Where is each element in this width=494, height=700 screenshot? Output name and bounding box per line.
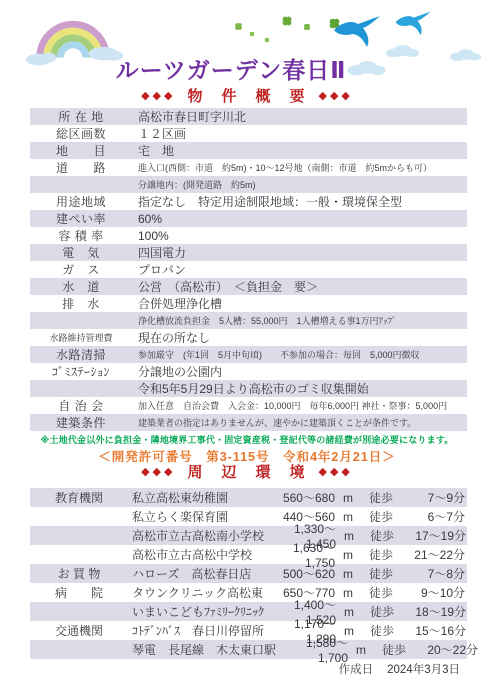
environment-walk-label: 徒歩: [361, 508, 401, 525]
overview-row-label: 建築条件: [30, 414, 132, 431]
environment-walk-time: 7～8分: [401, 565, 467, 582]
overview-row: 建ぺい率60%: [30, 210, 467, 227]
swallow-icon: [332, 14, 382, 48]
clover-icon: [328, 17, 341, 30]
environment-row: 私立らく楽保育園440～560m徒歩6～7分: [30, 507, 467, 526]
created-date: 作成日2024年3月3日: [339, 661, 460, 677]
diamonds-right-icon: ◆◆◆: [319, 467, 353, 478]
overview-row-value: 浄化槽放流負担金 5人槽：55,000円 1人槽増える事1万円ｱｯﾌﾟ: [132, 314, 467, 327]
overview-row-value: プロパン: [132, 261, 467, 278]
overview-row-label: 所 在 地: [30, 108, 132, 125]
overview-row-label: 道 路: [30, 159, 132, 176]
overview-row-value: 分譲地内：(開発道路 約5m): [132, 178, 467, 191]
page-title: ルーツガーデン春日Ⅱ: [0, 52, 478, 85]
environment-unit: m: [348, 643, 374, 657]
environment-row: 交通機関ｺﾄﾃﾞﾝﾊﾞｽ 春日川停留所1,170～1,290m徒歩15～16分: [30, 621, 467, 640]
property-overview-table: 所 在 地高松市春日町字川北総区画数１２区画地 目宅 地道 路進入口(西側：市道…: [30, 108, 467, 431]
environment-walk-label: 徒歩: [361, 584, 401, 601]
environment-walk-label: 徒歩: [361, 565, 401, 582]
environment-place-name: ｺﾄﾃﾞﾝﾊﾞｽ 春日川停留所: [128, 622, 264, 639]
overview-row: ガ スプロパン: [30, 261, 467, 278]
clover-icon: [249, 31, 255, 37]
overview-row: 建築条件建築業者の指定はありませんが、速やかに建築頂くことが条件です。: [30, 414, 467, 431]
created-date-value: 2024年3月3日: [387, 664, 460, 676]
environment-row: 高松市立古高松南小学校1,330～1,450m徒歩17～19分: [30, 526, 467, 545]
environment-walk-label: 徒歩: [362, 603, 402, 620]
overview-row-label: 排 水: [30, 295, 132, 312]
environment-walk-time: 15～16分: [402, 622, 468, 639]
environment-walk-time: 6～7分: [401, 508, 467, 525]
environment-row: いまいこどもﾌｧﾐﾘｰｸﾘﾆｯｸ1,400～1,520m徒歩18～19分: [30, 602, 467, 621]
overview-row-value: 高松市春日町字川北: [132, 108, 467, 125]
environment-place-name: 私立らく楽保育園: [128, 508, 263, 525]
overview-row-label: 建ぺい率: [30, 210, 132, 227]
environment-row: 高松市立古高松中学校1,630～1,750m徒歩21～22分: [30, 545, 467, 564]
environment-unit: m: [335, 491, 361, 505]
overview-row-label: 地 目: [30, 142, 132, 159]
diamonds-right-icon: ◆◆◆: [319, 91, 353, 102]
environment-table: 教育機関私立高松東幼稚園560～680m徒歩7～9分私立らく楽保育園440～56…: [30, 488, 467, 659]
overview-row: 排 水合併処理浄化槽: [30, 295, 467, 312]
overview-row-label: ガ ス: [30, 261, 132, 278]
overview-row-label: 容 積 率: [30, 227, 132, 244]
overview-row: 用途地域指定なし 特定用途制限地域：一般・環境保全型: [30, 193, 467, 210]
environment-walk-label: 徒歩: [362, 622, 402, 639]
environment-walk-label: 徒歩: [361, 546, 401, 563]
overview-row-label: 電 気: [30, 244, 132, 261]
clover-icon: [264, 37, 270, 43]
overview-row-value: 100%: [132, 229, 467, 243]
overview-row-value: 60%: [132, 212, 467, 226]
overview-row-label: 自 治 会: [30, 397, 132, 414]
overview-row: 水 道公営 （高松市） ＜負担金 要＞: [30, 278, 467, 295]
environment-row: 琴電 長尾線 木太東口駅1,580～1,700m徒歩20～22分: [30, 640, 467, 659]
environment-unit: m: [336, 529, 362, 543]
development-permit-line: ＜開発許可番号 第3-115号 令和4年2月21日＞: [0, 447, 494, 465]
overview-row: 水路維持管理費現在の所なし: [30, 329, 467, 346]
overview-row-value: 公営 （高松市） ＜負担金 要＞: [132, 278, 467, 295]
environment-distance: 560～680: [263, 489, 335, 506]
overview-row-value: １２区画: [132, 125, 467, 142]
environment-place-name: 私立高松東幼稚園: [128, 489, 263, 506]
overview-row: 地 目宅 地: [30, 142, 467, 159]
overview-row-value: 参加厳守 (年1回 5月中旬頃) 不参加の場合：毎回 5,000円徴収: [132, 348, 467, 361]
overview-row-value: 宅 地: [132, 142, 467, 159]
overview-row-value: 分譲地の公園内: [132, 363, 467, 380]
overview-row-value: 指定なし 特定用途制限地域：一般・環境保全型: [132, 193, 467, 210]
overview-row-label: 水路清掃: [30, 346, 132, 363]
environment-unit: m: [335, 567, 361, 581]
overview-row-value: 合併処理浄化槽: [132, 295, 467, 312]
environment-row: 病 院タウンクリニック高松東650～770m徒歩9～10分: [30, 583, 467, 602]
environment-walk-time: 7～9分: [401, 489, 467, 506]
environment-category: 病 院: [30, 584, 128, 601]
overview-row-label: 総区画数: [30, 125, 132, 142]
environment-heading-text: 周 辺 環 境: [187, 465, 306, 480]
overview-row: 道 路進入口(西側：市道 約5m)・10～12号地（南側：市道 約5mからも可）: [30, 159, 467, 176]
swallow-icon: [394, 10, 432, 36]
clover-icon: [303, 23, 311, 31]
overview-row-value: 建築業者の指定はありませんが、速やかに建築頂くことが条件です。: [132, 416, 467, 429]
environment-category: お 買 物: [30, 565, 128, 582]
environment-category: 交通機関: [30, 622, 128, 639]
environment-place-name: タウンクリニック高松東: [128, 584, 263, 601]
overview-row-value: 加入任意 自治会費 入会金：10,000円 毎年6,000円 神社・祭事：5,0…: [132, 399, 467, 412]
overview-row: ｺﾞﾐｽﾃｰｼｮﾝ分譲地の公園内: [30, 363, 467, 380]
overview-row: 浄化槽放流負担金 5人槽：55,000円 1人槽増える事1万円ｱｯﾌﾟ: [30, 312, 467, 329]
overview-row-value: 四国電力: [132, 244, 467, 261]
overview-row: 電 気四国電力: [30, 244, 467, 261]
overview-row: 水路清掃参加厳守 (年1回 5月中旬頃) 不参加の場合：毎回 5,000円徴収: [30, 346, 467, 363]
environment-walk-label: 徒歩: [374, 641, 414, 658]
overview-heading-text: 物 件 概 要: [187, 89, 306, 104]
overview-row: 所 在 地高松市春日町字川北: [30, 108, 467, 125]
diamonds-left-icon: ◆◆◆: [141, 91, 175, 102]
clover-icon: [281, 15, 293, 27]
environment-distance: 1,580～1,700: [276, 634, 348, 665]
environment-place-name: 高松市立古高松中学校: [128, 546, 263, 563]
clover-icon: [234, 22, 243, 31]
overview-section-heading: ◆◆◆ 物 件 概 要 ◆◆◆: [0, 89, 494, 104]
environment-section-heading: ◆◆◆ 周 辺 環 境 ◆◆◆: [0, 465, 494, 480]
environment-walk-time: 17～19分: [402, 527, 468, 544]
overview-row-label: 水路維持管理費: [30, 331, 132, 344]
overview-row: 自 治 会加入任意 自治会費 入会金：10,000円 毎年6,000円 神社・祭…: [30, 397, 467, 414]
environment-place-name: 高松市立古高松南小学校: [128, 527, 264, 544]
environment-unit: m: [335, 510, 361, 524]
environment-walk-label: 徒歩: [361, 489, 401, 506]
environment-unit: m: [336, 605, 362, 619]
overview-row: 総区画数１２区画: [30, 125, 467, 142]
environment-unit: m: [335, 548, 361, 562]
created-date-label: 作成日: [339, 664, 374, 676]
environment-category: 教育機関: [30, 489, 128, 506]
environment-distance: 500～620: [263, 565, 335, 582]
diamonds-left-icon: ◆◆◆: [141, 467, 175, 478]
environment-place-name: いまいこどもﾌｧﾐﾘｰｸﾘﾆｯｸ: [128, 603, 264, 620]
overview-row-label: 用途地域: [30, 193, 132, 210]
environment-walk-label: 徒歩: [362, 527, 402, 544]
environment-unit: m: [335, 586, 361, 600]
environment-place-name: 琴電 長尾線 木太東口駅: [128, 641, 276, 658]
overview-row-value: 現在の所なし: [132, 329, 467, 346]
extra-costs-note: ※土地代金以外に負担金・隣地境界工事代・固定資産税・登記代等の諸経費が別途必要に…: [0, 433, 494, 446]
overview-row-label: ｺﾞﾐｽﾃｰｼｮﾝ: [30, 363, 132, 380]
overview-row-label: 水 道: [30, 278, 132, 295]
environment-row: お 買 物ハローズ 高松春日店500～620m徒歩7～8分: [30, 564, 467, 583]
overview-row: 容 積 率100%: [30, 227, 467, 244]
environment-walk-time: 20～22分: [414, 641, 480, 658]
environment-place-name: ハローズ 高松春日店: [128, 565, 263, 582]
environment-walk-time: 21～22分: [401, 546, 467, 563]
overview-row-value: 進入口(西側：市道 約5m)・10～12号地（南側：市道 約5mからも可）: [132, 161, 467, 174]
environment-walk-time: 18～19分: [402, 603, 468, 620]
overview-row: 分譲地内：(開発道路 約5m): [30, 176, 467, 193]
overview-row: 令和5年5月29日より高松市のゴミ収集開始: [30, 380, 467, 397]
overview-row-value: 令和5年5月29日より高松市のゴミ収集開始: [132, 380, 467, 397]
environment-row: 教育機関私立高松東幼稚園560～680m徒歩7～9分: [30, 488, 467, 507]
environment-walk-time: 9～10分: [401, 584, 467, 601]
